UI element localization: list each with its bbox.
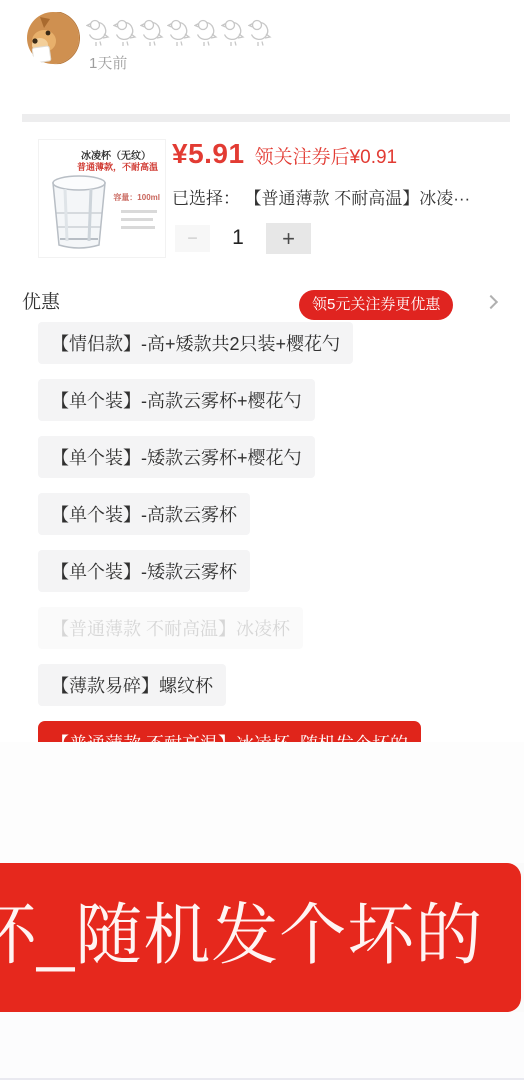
sku-option[interactable]: 【单个装】-矮款云雾杯: [38, 550, 250, 592]
bird-glyph-icon: [248, 17, 274, 47]
bird-glyph-icon: [221, 17, 247, 47]
selected-label: 已选择：: [172, 189, 240, 208]
product-thumbnail[interactable]: 冰凌杯（无纹） 普通薄款，不耐高温 容量：100ml: [38, 139, 166, 258]
selected-sku-row: 已选择：【普通薄款 不耐高温】冰凌···: [172, 184, 508, 209]
sku-option[interactable]: 【单个装】-矮款云雾杯+樱花勺: [38, 436, 315, 478]
bird-glyph-icon: [194, 17, 220, 47]
promo-label: 优惠: [22, 287, 60, 314]
username[interactable]: [86, 16, 274, 48]
coupon-price-text: 领关注券后¥0.91: [255, 142, 398, 169]
price: ¥5.91: [172, 138, 245, 170]
zoomed-image-whitespace: [0, 742, 524, 863]
avatar[interactable]: [26, 11, 80, 65]
quantity-plus-button[interactable]: +: [266, 223, 311, 254]
zoomed-screenshot-image: 杯_随机发个坏的: [0, 742, 524, 1080]
sku-option[interactable]: 【单个装】-高款云雾杯: [38, 493, 250, 535]
sku-option[interactable]: 【单个装】-高款云雾杯+樱花勺: [38, 379, 315, 421]
selected-value: 【普通薄款 不耐高温】冰凌···: [253, 189, 470, 208]
zoomed-banner-text: 杯_随机发个坏的: [0, 863, 521, 1009]
product-image-capacity: 容量：100ml: [113, 192, 160, 203]
chevron-right-icon[interactable]: [484, 295, 498, 309]
sku-option-list: 【情侣款】-高+矮款共2只装+樱花勺 【单个装】-高款云雾杯+樱花勺 【单个装】…: [38, 322, 421, 780]
sku-option-disabled[interactable]: 【普通薄款 不耐高温】冰凌杯: [38, 607, 303, 649]
bird-glyph-icon: [86, 17, 112, 47]
sku-option[interactable]: 【薄款易碎】螺纹杯: [38, 664, 226, 706]
section-divider: [22, 114, 510, 122]
glass-cup-image: [41, 161, 117, 253]
bird-glyph-icon: [167, 17, 193, 47]
quantity-minus-button[interactable]: −: [175, 225, 210, 252]
post-timestamp: 1天前: [89, 52, 127, 73]
product-sku-screen: 1天前 冰凌杯（无纹） 普通薄款，不耐高温 容量：100ml ¥5.91 领关注…: [0, 0, 524, 1080]
bird-glyph-icon: [113, 17, 139, 47]
product-image-spec-lines: [121, 210, 157, 234]
promo-coupon-badge[interactable]: 领5元关注券更优惠: [299, 290, 453, 320]
zoomed-image-whitespace: [0, 1012, 524, 1080]
cheems-dog-avatar-image: [26, 11, 80, 65]
sku-option[interactable]: 【情侣款】-高+矮款共2只装+樱花勺: [38, 322, 353, 364]
zoomed-selected-option-banner: 杯_随机发个坏的: [0, 863, 521, 1012]
price-row: ¥5.91 领关注券后¥0.91: [172, 138, 397, 170]
bird-glyph-icon: [140, 17, 166, 47]
quantity-value: 1: [210, 221, 266, 255]
